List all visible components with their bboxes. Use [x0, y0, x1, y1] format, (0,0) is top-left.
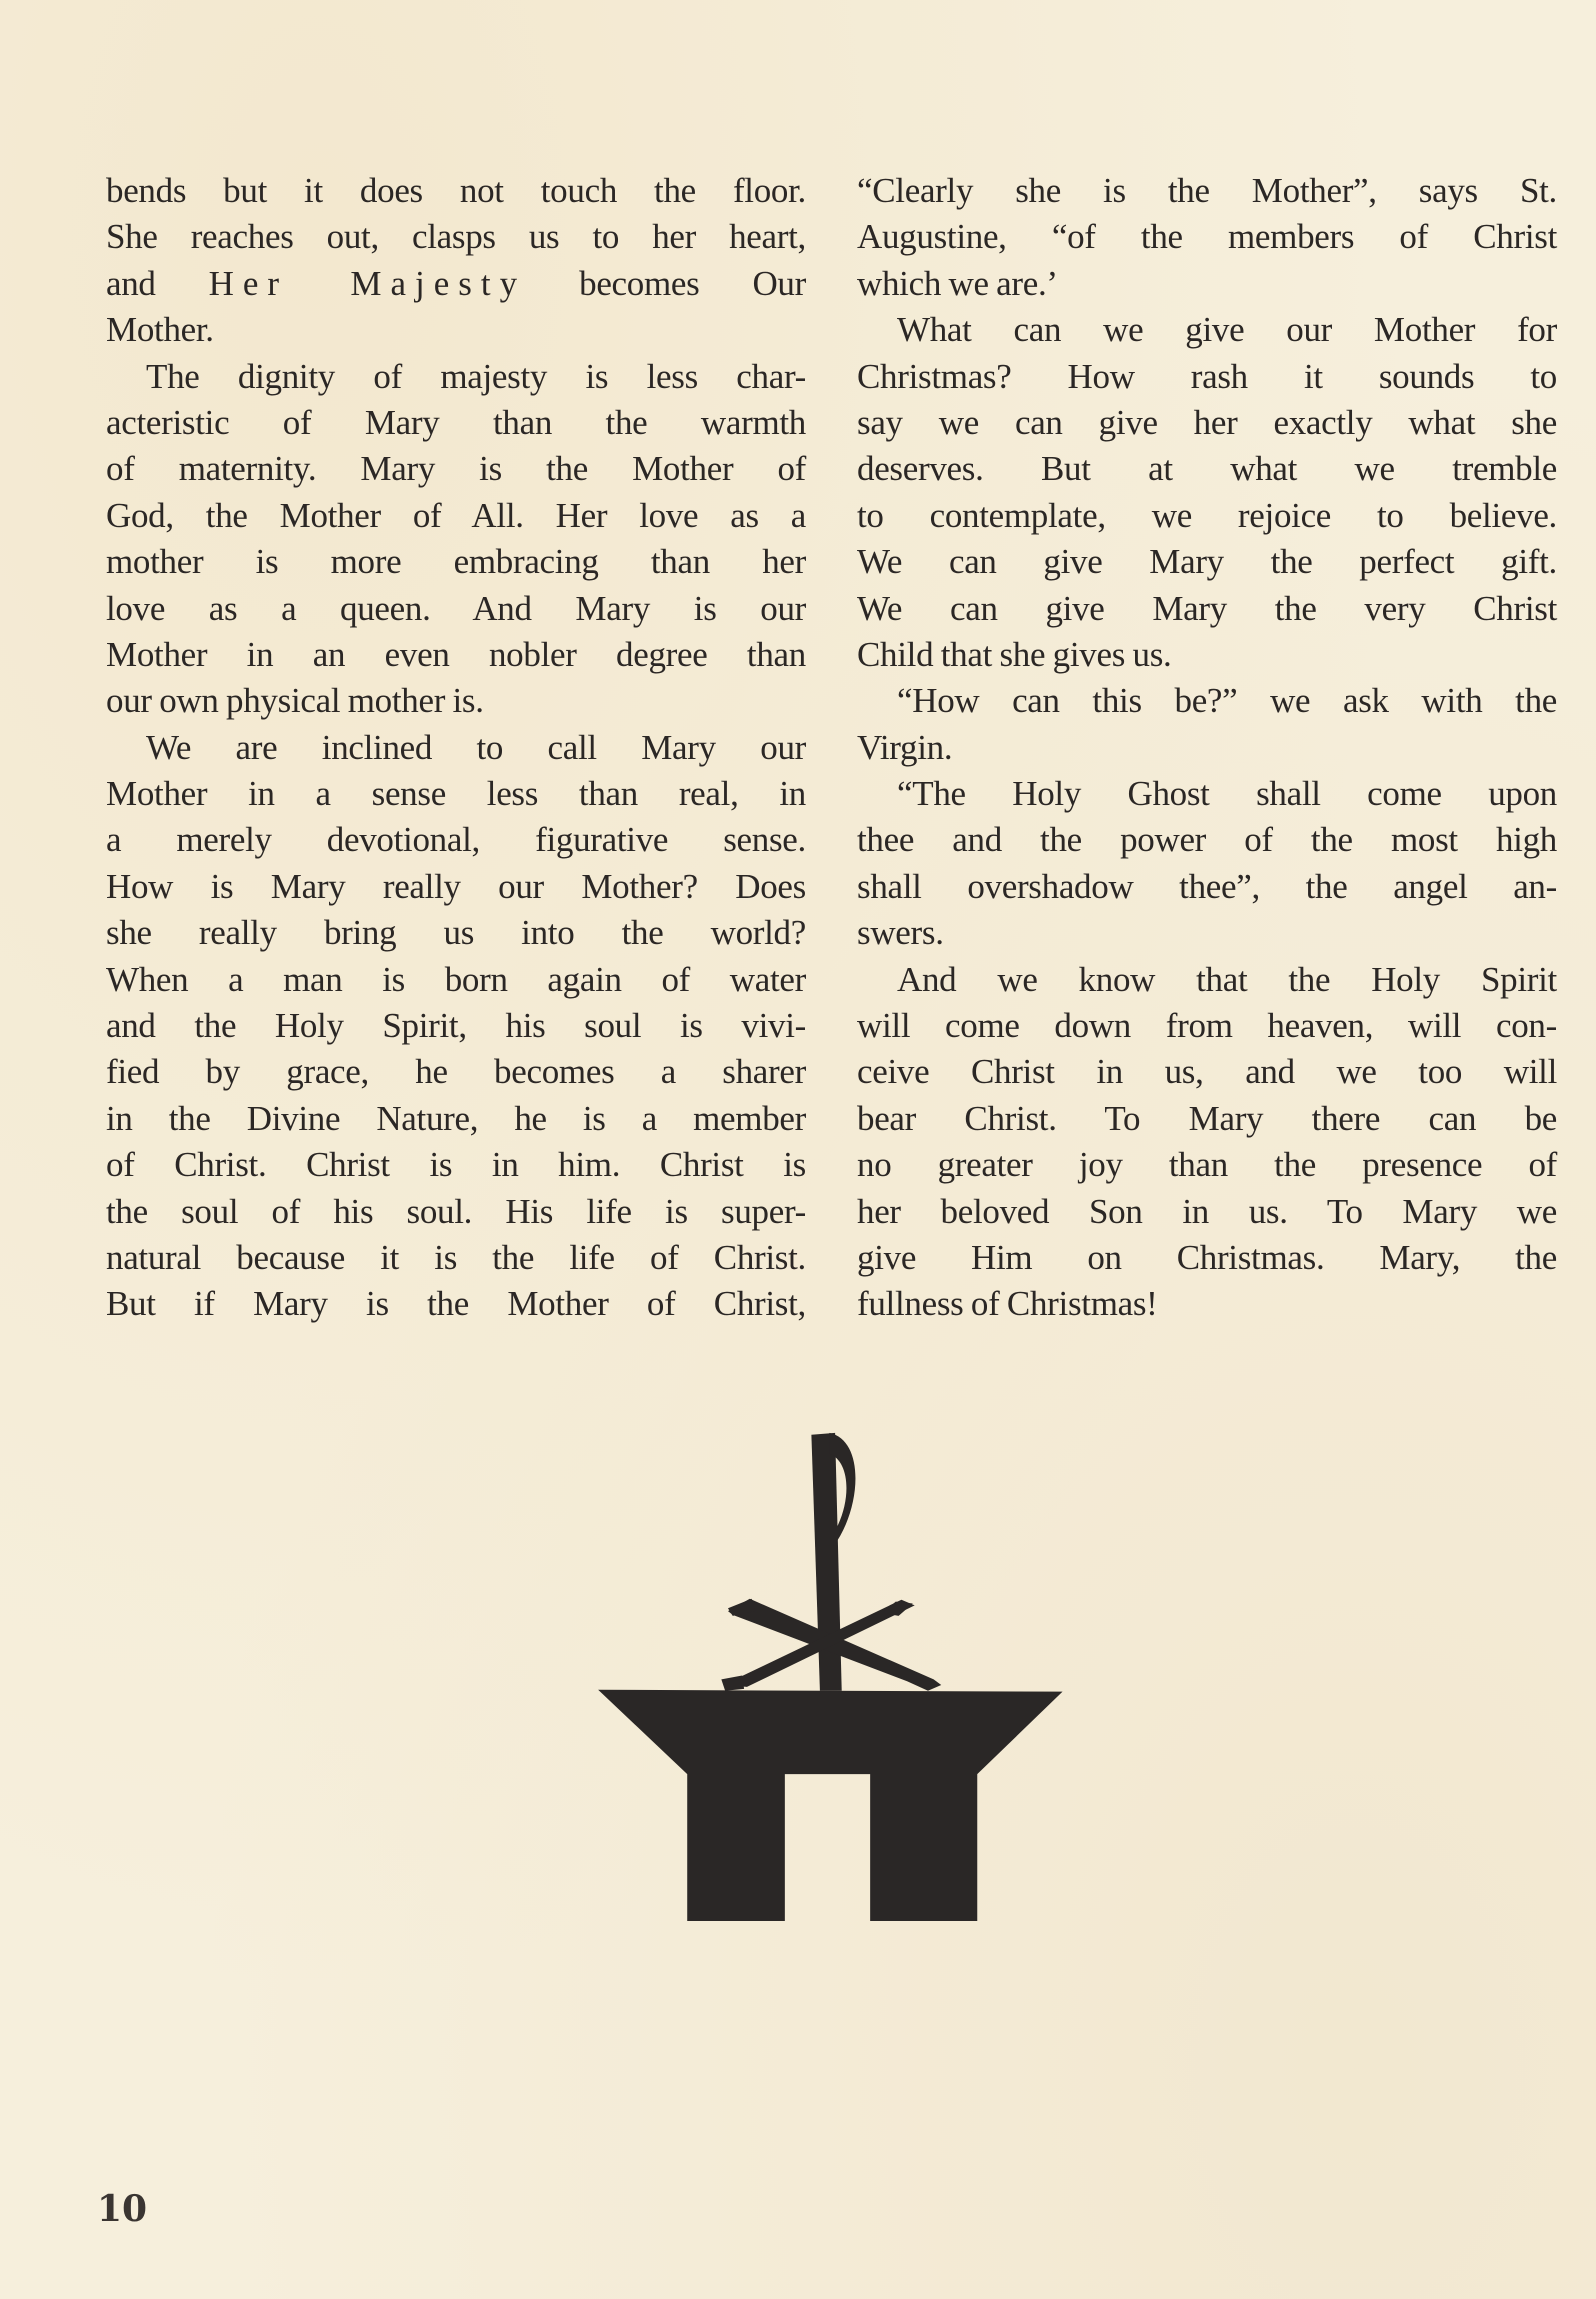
text-line: say we can give her exactly what she	[857, 400, 1557, 446]
paragraph-start-line: We are inclined to call Mary our	[106, 725, 806, 771]
text-fragment: and	[106, 264, 156, 303]
paragraph-start-line: And we know that the Holy Spirit	[857, 957, 1557, 1003]
text-line: Mother in a sense less than real, in	[106, 771, 806, 817]
text-line: fied by grace, he becomes a sharer	[106, 1049, 806, 1095]
text-line: We can give Mary the very Christ	[857, 586, 1557, 632]
paragraph-start-line: What can we give our Mother for	[857, 307, 1557, 353]
text-line: mother is more embracing than her	[106, 539, 806, 585]
right-text-column: “Clearly she is the Mother”, says St. Au…	[857, 168, 1557, 1328]
text-line: to contemplate, we rejoice to believe.	[857, 493, 1557, 539]
emphasized-her-majesty: Her Majesty	[209, 264, 527, 303]
text-line: no greater joy than the presence of	[857, 1142, 1557, 1188]
text-line: fullness of Christmas!	[857, 1281, 1557, 1327]
text-line: of Christ. Christ is in him. Christ is	[106, 1142, 806, 1188]
text-line: will come down from heaven, will con-	[857, 1003, 1557, 1049]
chi-rho-manger-icon	[575, 1395, 1080, 2285]
text-line: “Clearly she is the Mother”, says St.	[857, 168, 1557, 214]
text-line: thee and the power of the most high	[857, 817, 1557, 863]
text-line: a merely devotional, figurative sense.	[106, 817, 806, 863]
paragraph-start-line: “The Holy Ghost shall come upon	[857, 771, 1557, 817]
text-line: Augustine, “of the members of Christ	[857, 214, 1557, 260]
text-line: deserves. But at what we tremble	[857, 446, 1557, 492]
text-line: our own physical mother is.	[106, 678, 806, 724]
text-line: How is Mary really our Mother? Does	[106, 864, 806, 910]
paragraph-start-line: The dignity of majesty is less char-	[106, 354, 806, 400]
left-text-column: bends but it does not touch the floor. S…	[106, 168, 806, 1328]
text-line: bear Christ. To Mary there can be	[857, 1096, 1557, 1142]
text-line: her beloved Son in us. To Mary we	[857, 1189, 1557, 1235]
text-line: which we are.’	[857, 261, 1557, 307]
text-line: love as a queen. And Mary is our	[106, 586, 806, 632]
text-line: shall overshadow thee”, the angel an-	[857, 864, 1557, 910]
text-line: But if Mary is the Mother of Christ,	[106, 1281, 806, 1327]
text-line: ceive Christ in us, and we too will	[857, 1049, 1557, 1095]
text-line: bends but it does not touch the floor.	[106, 168, 806, 214]
text-line: Child that she gives us.	[857, 632, 1557, 678]
text-line: of maternity. Mary is the Mother of	[106, 446, 806, 492]
text-line: and the Holy Spirit, his soul is vivi-	[106, 1003, 806, 1049]
text-line: she really bring us into the world?	[106, 910, 806, 956]
paragraph-start-line: “How can this be?” we ask with the	[857, 678, 1557, 724]
text-line: She reaches out, clasps us to her heart,	[106, 214, 806, 260]
text-line: We can give Mary the perfect gift.	[857, 539, 1557, 585]
text-line: give Him on Christmas. Mary, the	[857, 1235, 1557, 1281]
text-line: When a man is born again of water	[106, 957, 806, 1003]
text-line: acteristic of Mary than the warmth	[106, 400, 806, 446]
page-number: 10	[97, 2188, 147, 2230]
text-line: the soul of his soul. His life is super-	[106, 1189, 806, 1235]
text-line: Mother in an even nobler degree than	[106, 632, 806, 678]
text-line-her-majesty: and Her Majesty becomes Our	[106, 261, 806, 307]
text-line: God, the Mother of All. Her love as a	[106, 493, 806, 539]
text-line: natural because it is the life of Christ…	[106, 1235, 806, 1281]
text-line: Virgin.	[857, 725, 1557, 771]
text-line: Christmas? How rash it sounds to	[857, 354, 1557, 400]
text-line: in the Divine Nature, he is a member	[106, 1096, 806, 1142]
text-line: swers.	[857, 910, 1557, 956]
text-fragment: becomes Our	[579, 264, 806, 303]
text-line: Mother.	[106, 307, 806, 353]
